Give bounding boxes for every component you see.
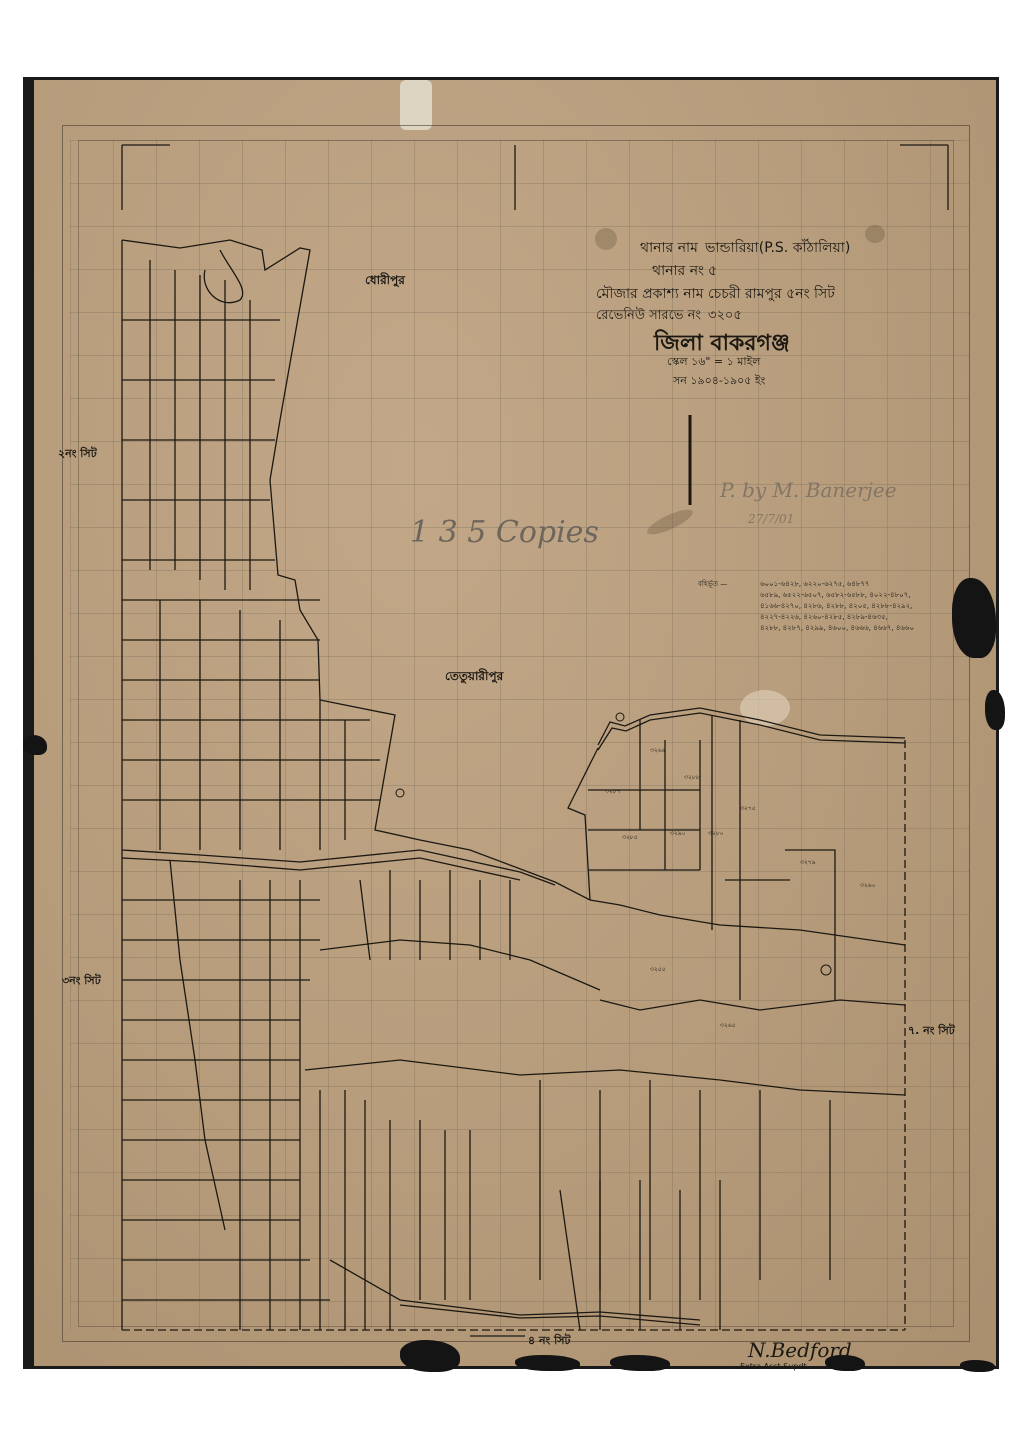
pencil-date: 27/7/01: [748, 512, 794, 526]
survey-year: সন ১৯০৪-১৯০৫ ইং: [673, 372, 765, 391]
plot-number: ৩২৭৯: [800, 857, 816, 868]
plot-number: ৩২৬৫: [720, 1020, 736, 1031]
mouza-name-value: চেচরী রামপুর ৫নং সিট: [708, 282, 835, 306]
plot-number: ৩২৭৫: [740, 803, 756, 814]
plot-number: ৩২৮৮: [684, 772, 700, 783]
thana-no-value: ৫: [708, 259, 717, 283]
excluded-plots-line: ৪২৮৮, ৪২৮৭, ৪২৯৯, ৪৬০০, ৪৬৬৬, ৪৬৬৭, ৪৬৬০: [760, 622, 914, 634]
place-label-dhoripur: ধোরীপুর: [365, 272, 405, 292]
sheet-ref-7: ৭. নং সিট: [908, 1022, 955, 1041]
sheet-ref-2: ২নং সিট: [58, 445, 97, 464]
pencil-copies-note: 1 3 5 Copies: [410, 515, 599, 550]
thana-name-value: ভান্ডারিয়া(P.S. কাঁঠালিয়া): [705, 236, 850, 260]
mouza-name-label: মৌজার প্রকাশ্য নাম: [596, 282, 703, 306]
plot-number: ৩২৬০: [860, 880, 876, 891]
revenue-survey-value: ৩২০৫: [708, 306, 742, 327]
sheet-ref-4: ৪ নং সিট: [528, 1332, 571, 1351]
thana-name-label: থানার নাম: [640, 236, 698, 260]
plot-number: ৩২৯০: [670, 828, 686, 839]
plot-number: ৩২৮৭: [605, 786, 621, 797]
plot-number: ৩২৮০: [708, 828, 724, 839]
thana-no-label: থানার নং: [652, 259, 704, 283]
signature-title: Extra Asst Supdt: [740, 1362, 807, 1371]
signature: N.Bedford: [748, 1338, 852, 1362]
parcel-linework: [0, 0, 1024, 1447]
place-label-tetuaripur: তেতুয়ারীপুর: [445, 668, 503, 688]
map-scale: স্কেল ১৬" = ১ মাইল: [667, 353, 761, 372]
plot-number: ৩২৬৯: [650, 745, 666, 756]
pencil-initials: P. by M. Banerjee: [720, 478, 897, 502]
plot-number: ৩২৮৫: [622, 832, 638, 843]
excluded-plots-label: বহির্ভূত —: [698, 578, 727, 590]
revenue-survey-label: রেভেনিউ সারভে নং: [596, 306, 701, 327]
sheet-ref-3: ৩নং সিট: [62, 972, 101, 991]
plot-number: ৩২৫৫: [650, 964, 666, 975]
